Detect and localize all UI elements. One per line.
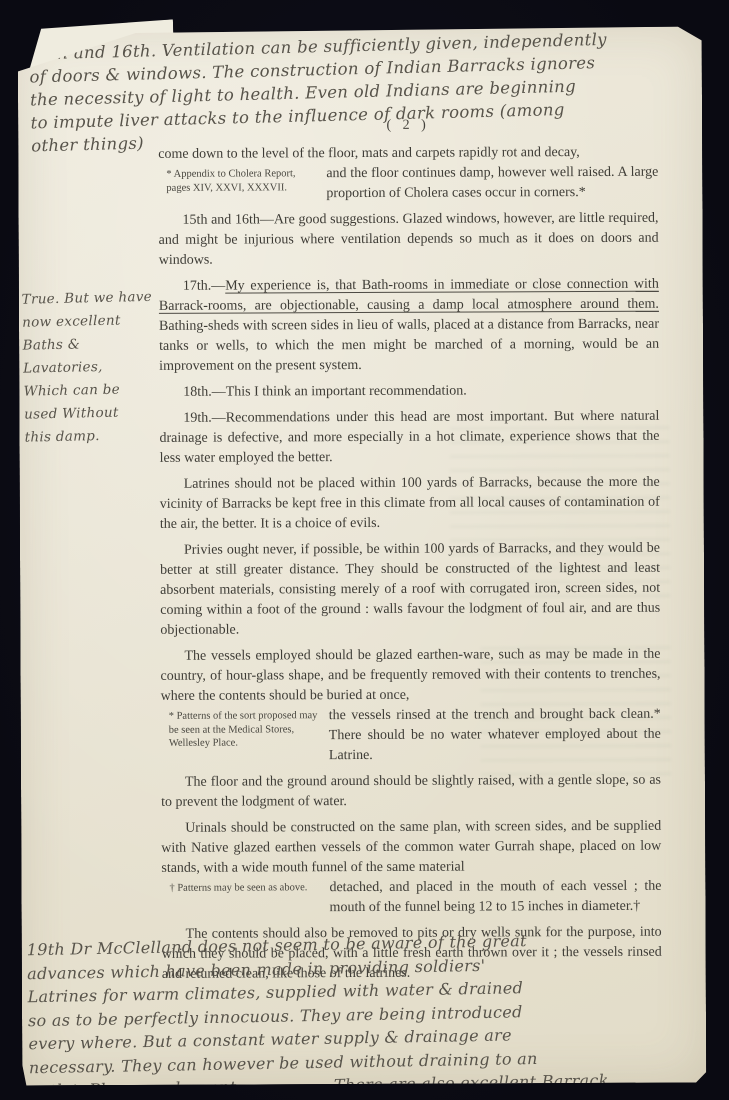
document-page: 15th and 16th. Ventilation can be suffic…: [18, 27, 707, 1086]
handwritten-bottom-annotation: 19th Dr McClelland does not seem to be a…: [27, 926, 707, 1086]
paragraph-19th: 19th.—Recommendations under this head ar…: [159, 407, 659, 469]
paragraph-privies: Privies ought never, if possible, be wit…: [160, 539, 660, 641]
footnote-cholera-appendix: * Appendix to Cholera Report, pages XIV,…: [158, 164, 326, 195]
footnote-patterns-as-above: † Patterns may be seen as above.: [161, 878, 329, 895]
photo-background: 15th and 16th. Ventilation can be suffic…: [0, 0, 729, 1100]
paragraph-wrapped-text: and the floor continues damp, however we…: [326, 163, 658, 204]
handwriting-line: now excellent: [22, 309, 160, 335]
handwriting-line: Which can be: [23, 378, 161, 404]
paragraph-urinals: Urinals should be constructed on the sam…: [161, 817, 661, 919]
paragraph-18th: 18th.—This I think an important recommen…: [159, 381, 659, 403]
handwriting-line: Lavatories,: [23, 355, 161, 381]
paragraph-number-label: 17th.—: [183, 279, 225, 294]
handwriting-line: Baths &: [22, 332, 160, 358]
paragraph-first-lines: The vessels employed should be glazed ea…: [160, 645, 660, 707]
paragraph-come-down: come down to the level of the floor, mat…: [158, 143, 658, 205]
paragraph-first-line: come down to the level of the floor, mat…: [158, 143, 658, 165]
paragraph-wrapped-text: detached, and placed in the mouth of eac…: [329, 877, 661, 918]
printed-text-column: come down to the level of the floor, mat…: [158, 143, 662, 991]
paragraph-wrapped-text: the vessels rinsed at the trench and bro…: [329, 705, 661, 766]
footnote-patterns-medical-stores: * Patterns of the sort proposed may be s…: [161, 706, 329, 750]
underlined-passage: My experience is, that Bath-rooms in imm…: [159, 277, 659, 314]
paragraph-15th-16th: 15th and 16th—Are good suggestions. Glaz…: [158, 209, 658, 271]
paragraph-latrines: Latrines should not be placed within 100…: [160, 473, 660, 535]
paragraph-first-lines: Urinals should be constructed on the sam…: [161, 817, 661, 879]
paragraph-17th: 17th.—My experience is, that Bath-rooms …: [159, 275, 659, 377]
page-number: ( 2 ): [158, 117, 658, 135]
handwriting-line: used Without: [24, 401, 162, 427]
handwriting-line: True. But we have: [21, 286, 159, 312]
paragraph-vessels: The vessels employed should be glazed ea…: [160, 645, 661, 767]
paragraph-continuation: Bathing-sheds with screen sides in lieu …: [159, 317, 659, 374]
handwritten-margin-annotation: True. But we have now excellent Baths & …: [21, 286, 162, 450]
paragraph-floor: The floor and the ground around should b…: [161, 771, 661, 813]
handwriting-line: this damp.: [24, 424, 162, 450]
handwritten-top-annotation: 15th and 16th. Ventilation can be suffic…: [29, 27, 702, 158]
